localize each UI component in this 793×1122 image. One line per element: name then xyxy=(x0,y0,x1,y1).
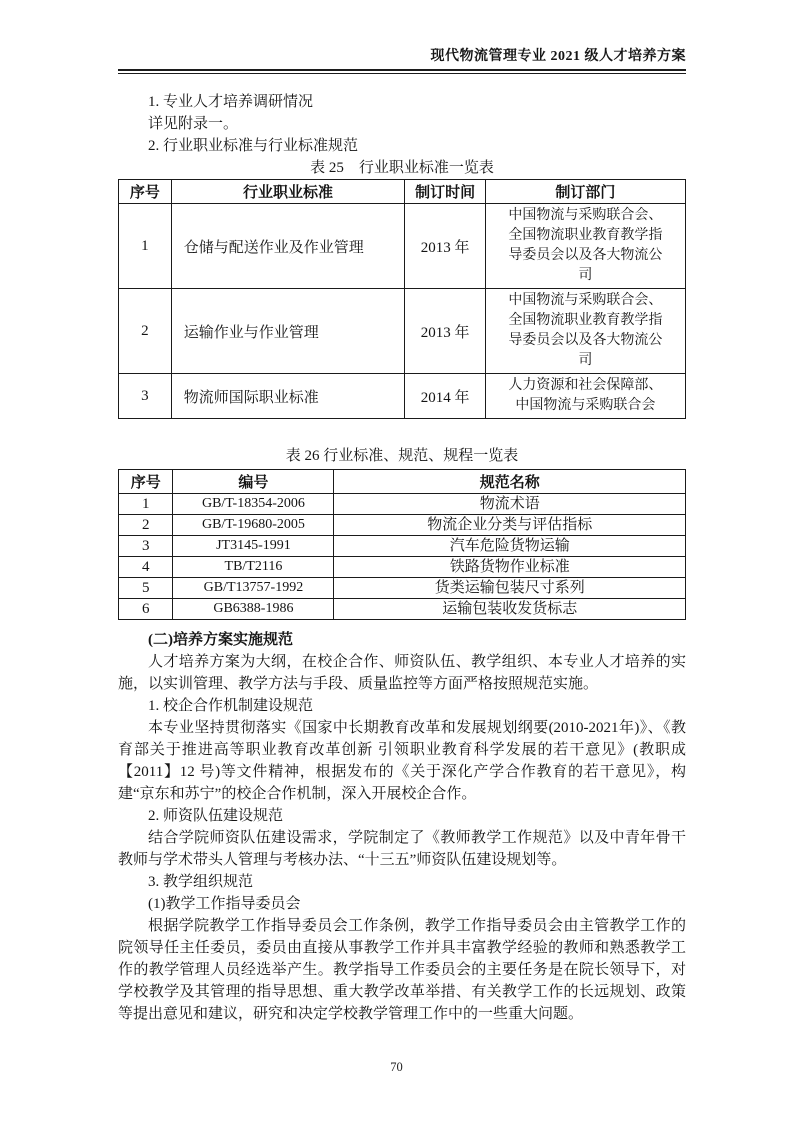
cell-code: JT3145-1991 xyxy=(173,536,334,557)
cell-spec-name: 运输包装收发货标志 xyxy=(334,599,686,620)
cell-time: 2013 年 xyxy=(405,289,486,374)
cell-code: GB/T-18354-2006 xyxy=(173,494,334,515)
col-header-dept: 制订部门 xyxy=(485,180,685,204)
col-header-seq: 序号 xyxy=(119,180,172,204)
cell-seq: 2 xyxy=(119,515,173,536)
subsection-body-2: 结合学院师资队伍建设需求，学院制定了《教师教学工作规范》以及中青年骨干教师与学术… xyxy=(118,827,686,871)
cell-code: GB/T-19680-2005 xyxy=(173,515,334,536)
page-header-title: 现代物流管理专业 2021 级人才培养方案 xyxy=(118,47,686,69)
document-page: 现代物流管理专业 2021 级人才培养方案 1. 专业人才培养调研情况 详见附录… xyxy=(0,0,793,1122)
table-row: 1 仓储与配送作业及作业管理 2013 年 中国物流与采购联合会、全国物流职业教… xyxy=(119,204,686,289)
subsection-body-1: 本专业坚持贯彻落实《国家中长期教育改革和发展规划纲要(2010-2021年)》、… xyxy=(118,717,686,805)
col-header-standard: 行业职业标准 xyxy=(171,180,405,204)
cell-spec-name: 汽车危险货物运输 xyxy=(334,536,686,557)
subsection-title-3: 3. 教学组织规范 xyxy=(118,871,686,893)
cell-dept: 中国物流与采购联合会、全国物流职业教育教学指导委员会以及各大物流公司 xyxy=(485,204,685,289)
page-content: 现代物流管理专业 2021 级人才培养方案 1. 专业人才培养调研情况 详见附录… xyxy=(118,0,686,1025)
table-row: 3 物流师国际职业标准 2014 年 人力资源和社会保障部、中国物流与采购联合会 xyxy=(119,374,686,419)
table-row: 6 GB6388-1986 运输包装收发货标志 xyxy=(119,599,686,620)
intro-line-1: 1. 专业人才培养调研情况 xyxy=(118,91,686,113)
table-26-header-row: 序号 编号 规范名称 xyxy=(119,470,686,494)
col-header-seq: 序号 xyxy=(119,470,173,494)
cell-standard: 物流师国际职业标准 xyxy=(171,374,405,419)
col-header-time: 制订时间 xyxy=(405,180,486,204)
cell-seq: 3 xyxy=(119,536,173,557)
table-row: 5 GB/T13757-1992 货类运输包装尺寸系列 xyxy=(119,578,686,599)
cell-spec-name: 铁路货物作业标准 xyxy=(334,557,686,578)
cell-seq: 1 xyxy=(119,204,172,289)
section-paragraph: 人才培养方案为大纲，在校企合作、师资队伍、教学组织、本专业人才培养的实施，以实训… xyxy=(118,651,686,695)
cell-standard: 运输作业与作业管理 xyxy=(171,289,405,374)
cell-seq: 1 xyxy=(119,494,173,515)
section-heading: (二)培养方案实施规范 xyxy=(118,629,686,651)
intro-section: 1. 专业人才培养调研情况 详见附录一。 2. 行业职业标准与行业标准规范 xyxy=(118,91,686,157)
header-rule xyxy=(118,69,686,74)
table25-caption: 表 25 行业职业标准一览表 xyxy=(118,157,686,179)
cell-time: 2013 年 xyxy=(405,204,486,289)
table-row: 4 TB/T2116 铁路货物作业标准 xyxy=(119,557,686,578)
cell-seq: 6 xyxy=(119,599,173,620)
cell-seq: 4 xyxy=(119,557,173,578)
cell-code: GB6388-1986 xyxy=(173,599,334,620)
table-row: 2 运输作业与作业管理 2013 年 中国物流与采购联合会、全国物流职业教育教学… xyxy=(119,289,686,374)
intro-line-3: 2. 行业职业标准与行业标准规范 xyxy=(118,135,686,157)
cell-code: GB/T13757-1992 xyxy=(173,578,334,599)
table-row: 1 GB/T-18354-2006 物流术语 xyxy=(119,494,686,515)
table-25-industry-standards: 序号 行业职业标准 制订时间 制订部门 1 仓储与配送作业及作业管理 2013 … xyxy=(118,179,686,419)
cell-dept: 人力资源和社会保障部、中国物流与采购联合会 xyxy=(485,374,685,419)
table-row: 2 GB/T-19680-2005 物流企业分类与评估指标 xyxy=(119,515,686,536)
subsection-title-3-1: (1)教学工作指导委员会 xyxy=(118,893,686,915)
cell-time: 2014 年 xyxy=(405,374,486,419)
col-header-spec-name: 规范名称 xyxy=(334,470,686,494)
cell-seq: 2 xyxy=(119,289,172,374)
cell-spec-name: 货类运输包装尺寸系列 xyxy=(334,578,686,599)
page-number: 70 xyxy=(0,1060,793,1075)
intro-line-2: 详见附录一。 xyxy=(118,113,686,135)
subsection-title-1: 1. 校企合作机制建设规范 xyxy=(118,695,686,717)
col-header-code: 编号 xyxy=(173,470,334,494)
cell-seq: 5 xyxy=(119,578,173,599)
table-row: 3 JT3145-1991 汽车危险货物运输 xyxy=(119,536,686,557)
cell-code: TB/T2116 xyxy=(173,557,334,578)
table-25-header-row: 序号 行业职业标准 制订时间 制订部门 xyxy=(119,180,686,204)
subsection-title-2: 2. 师资队伍建设规范 xyxy=(118,805,686,827)
cell-dept: 中国物流与采购联合会、全国物流职业教育教学指导委员会以及各大物流公司 xyxy=(485,289,685,374)
cell-standard: 仓储与配送作业及作业管理 xyxy=(171,204,405,289)
subsection-body-3: 根据学院教学工作指导委员会工作条例，教学工作指导委员会由主管教学工作的院领导任主… xyxy=(118,915,686,1025)
table-26-industry-specs: 序号 编号 规范名称 1 GB/T-18354-2006 物流术语 2 GB/T… xyxy=(118,469,686,620)
cell-seq: 3 xyxy=(119,374,172,419)
cell-spec-name: 物流术语 xyxy=(334,494,686,515)
cell-spec-name: 物流企业分类与评估指标 xyxy=(334,515,686,536)
table26-caption: 表 26 行业标准、规范、规程一览表 xyxy=(118,445,686,467)
page-header: 现代物流管理专业 2021 级人才培养方案 xyxy=(118,0,686,74)
